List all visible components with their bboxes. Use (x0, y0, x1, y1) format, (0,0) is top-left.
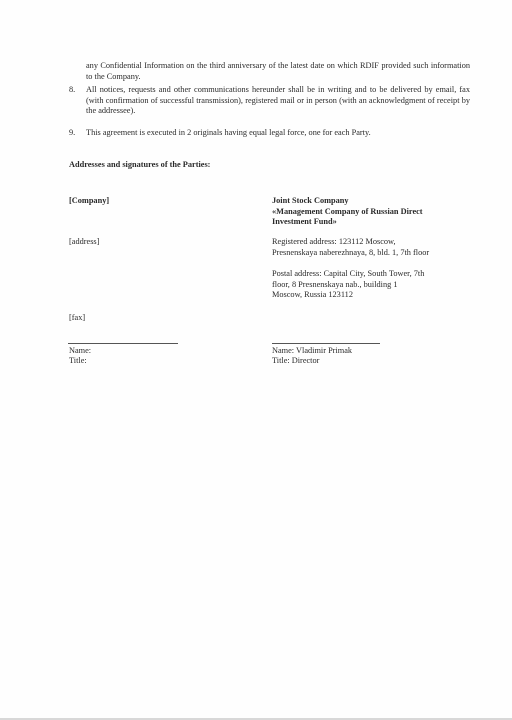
left-signature-line (68, 343, 178, 344)
signatures-heading: Addresses and signatures of the Parties: (69, 160, 210, 171)
left-party-fax: [fax] (69, 313, 85, 324)
right-signer-name: Name: Vladimir Primak (272, 346, 352, 357)
right-registered-address-line2: Presnenskaya naberezhnaya, 8, bld. 1, 7t… (272, 248, 429, 259)
right-party-name-line1: Joint Stock Company (272, 196, 349, 207)
right-postal-address-line1: Postal address: Capital City, South Towe… (272, 269, 424, 280)
right-signature-line (272, 343, 380, 344)
clause-8-text: All notices, requests and other communic… (86, 85, 470, 117)
clause-8-number: 8. (69, 85, 75, 96)
right-signer-title: Title: Director (272, 356, 319, 367)
left-party-name: [Company] (69, 196, 109, 207)
clause-9-text: This agreement is executed in 2 original… (86, 128, 371, 139)
document-page: any Confidential Information on the thir… (0, 0, 512, 718)
left-party-address: [address] (69, 237, 99, 248)
right-party-name-line3: Investment Fund» (272, 217, 337, 228)
right-postal-address-line2: floor, 8 Presnenskaya nab., building 1 (272, 280, 397, 291)
right-party-name-line2: «Management Company of Russian Direct (272, 207, 423, 218)
right-postal-address-line3: Moscow, Russia 123112 (272, 290, 353, 301)
right-registered-address-line1: Registered address: 123112 Moscow, (272, 237, 396, 248)
continuation-paragraph: any Confidential Information on the thir… (86, 61, 470, 82)
left-title-label: Title: (69, 356, 87, 367)
left-name-label: Name: (69, 346, 91, 357)
clause-9-number: 9. (69, 128, 75, 139)
